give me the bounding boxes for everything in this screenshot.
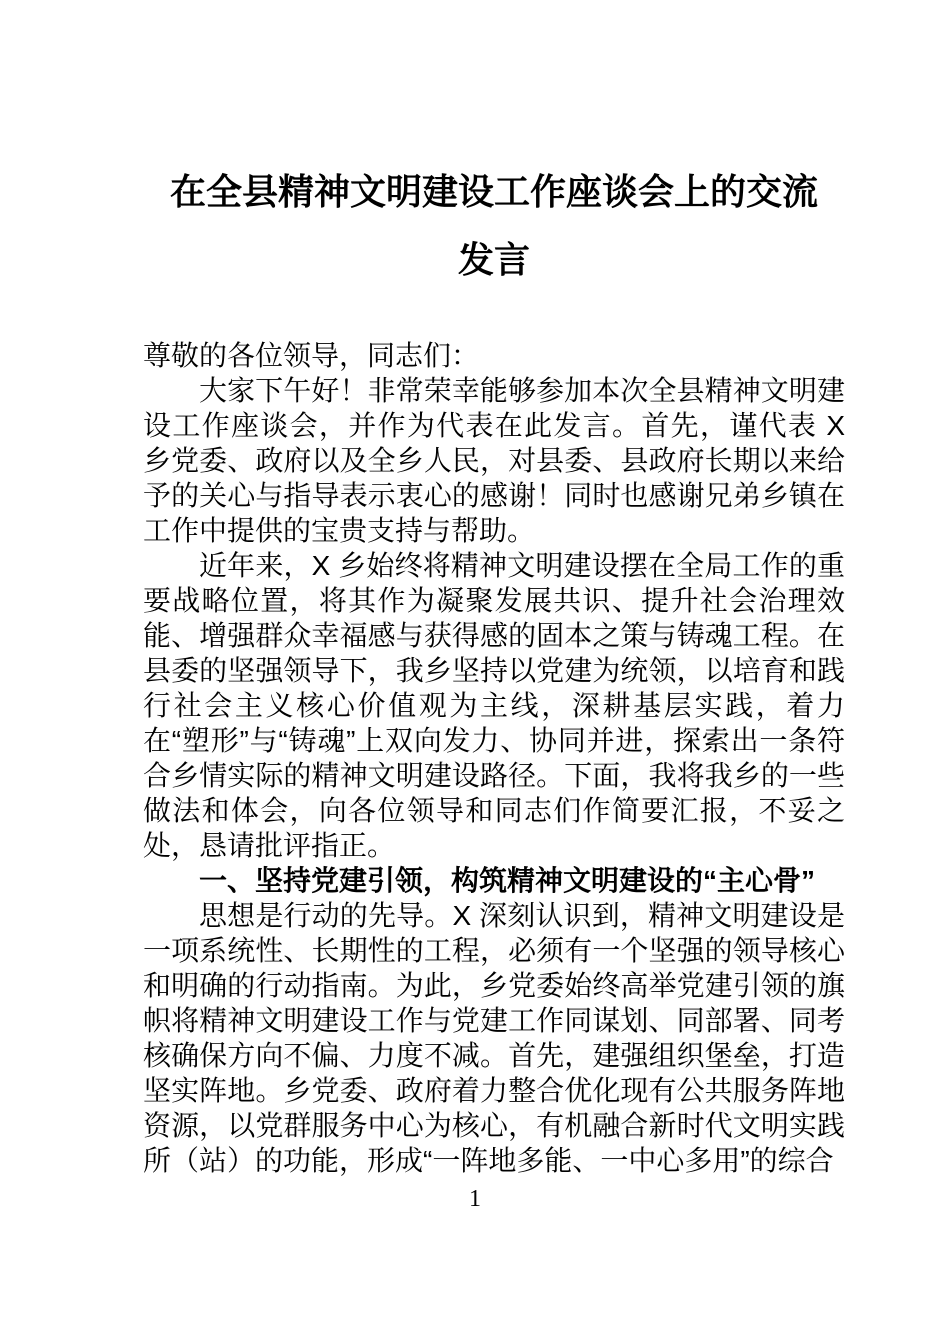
document-title-line-2: 发言 (143, 226, 845, 294)
document-body: 尊敬的各位领导，同志们： 大家下午好！非常荣幸能够参加本次全县精神文明建设工作座… (143, 338, 845, 1178)
opening-paragraph: 大家下午好！非常荣幸能够参加本次全县精神文明建设工作座谈会，并作为代表在此发言。… (143, 373, 845, 548)
section-heading-1: 一、坚持党建引领，构筑精神文明建设的“主心骨” (143, 863, 845, 898)
document-title-line-1: 在全县精神文明建设工作座谈会上的交流 (143, 158, 845, 226)
document-page: 在全县精神文明建设工作座谈会上的交流 发言 尊敬的各位领导，同志们： 大家下午好… (0, 0, 950, 1344)
document-title: 在全县精神文明建设工作座谈会上的交流 发言 (143, 158, 845, 294)
section-1-paragraph: 思想是行动的先导。X 深刻认识到，精神文明建设是一项系统性、长期性的工程，必须有… (143, 898, 845, 1178)
document-content: 在全县精神文明建设工作座谈会上的交流 发言 尊敬的各位领导，同志们： 大家下午好… (143, 158, 845, 1178)
page-number: 1 (0, 1184, 950, 1214)
salutation-paragraph: 尊敬的各位领导，同志们： (143, 338, 845, 373)
overview-paragraph: 近年来，X 乡始终将精神文明建设摆在全局工作的重要战略位置，将其作为凝聚发展共识… (143, 548, 845, 863)
